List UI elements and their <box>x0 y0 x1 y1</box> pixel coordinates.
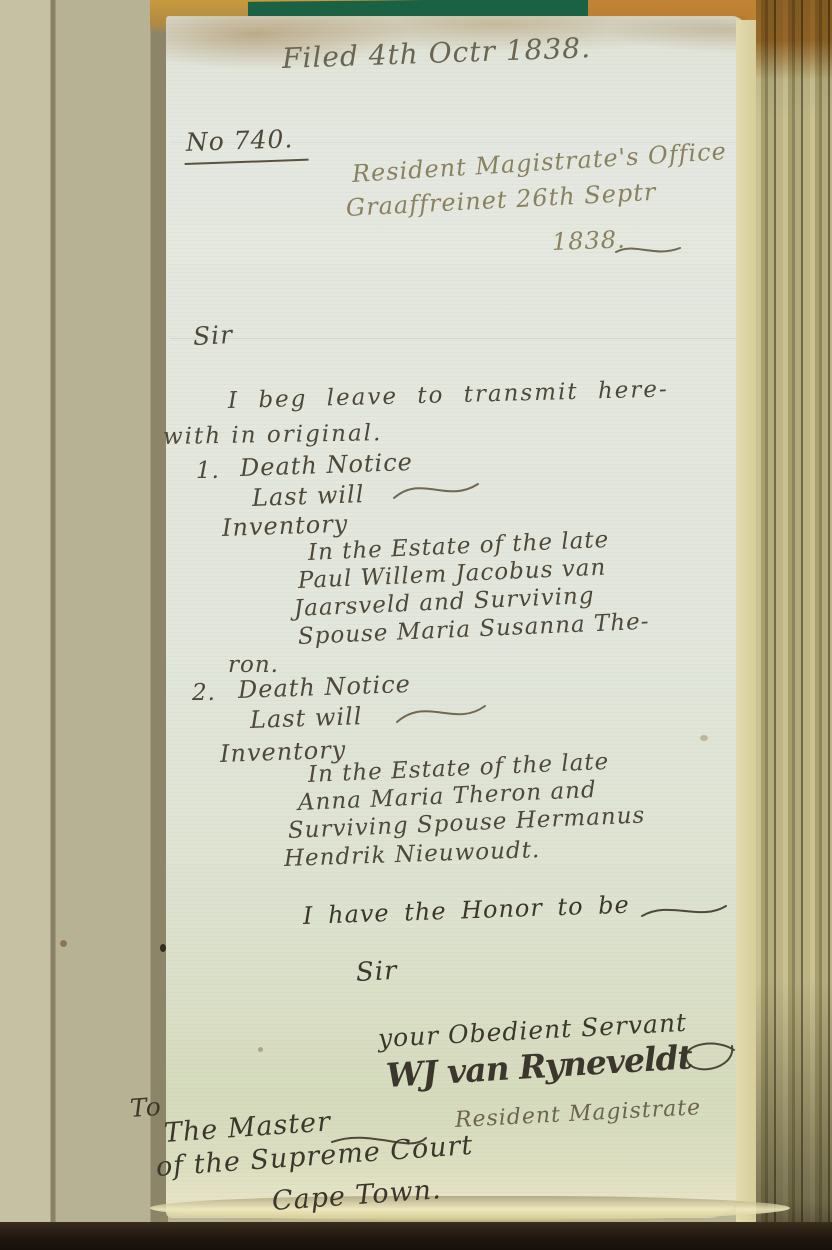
ink-flourish <box>392 478 482 506</box>
enclosure-line: Last will <box>250 702 363 734</box>
bottom-shadow <box>0 1222 832 1250</box>
body-line: with in original. <box>163 420 383 450</box>
foxing-spot <box>258 1047 263 1052</box>
letter-number: No 740. <box>183 124 308 165</box>
enclosure-line: Inventory <box>222 510 349 542</box>
ink-flourish <box>395 700 490 730</box>
ink-spot <box>160 944 166 952</box>
enclosure-line: Last will <box>252 480 365 512</box>
foxing-spot <box>60 940 67 947</box>
item-number: 2. <box>192 680 216 706</box>
closing-line: Sir <box>355 956 398 988</box>
page-bottom-curl <box>150 1196 790 1220</box>
item-number: 1. <box>196 458 220 484</box>
ink-flourish <box>614 240 684 260</box>
ink-flourish <box>640 898 730 924</box>
address-line: To <box>129 1092 163 1123</box>
left-page-edge <box>0 0 168 1250</box>
paper-crease <box>170 338 740 340</box>
salutation: Sir <box>192 320 234 351</box>
foxing-spot <box>700 735 708 741</box>
book-photograph: Filed 4th Octr 1838. No 740. Resident Ma… <box>0 0 832 1250</box>
fore-edge-shading <box>756 0 832 1250</box>
